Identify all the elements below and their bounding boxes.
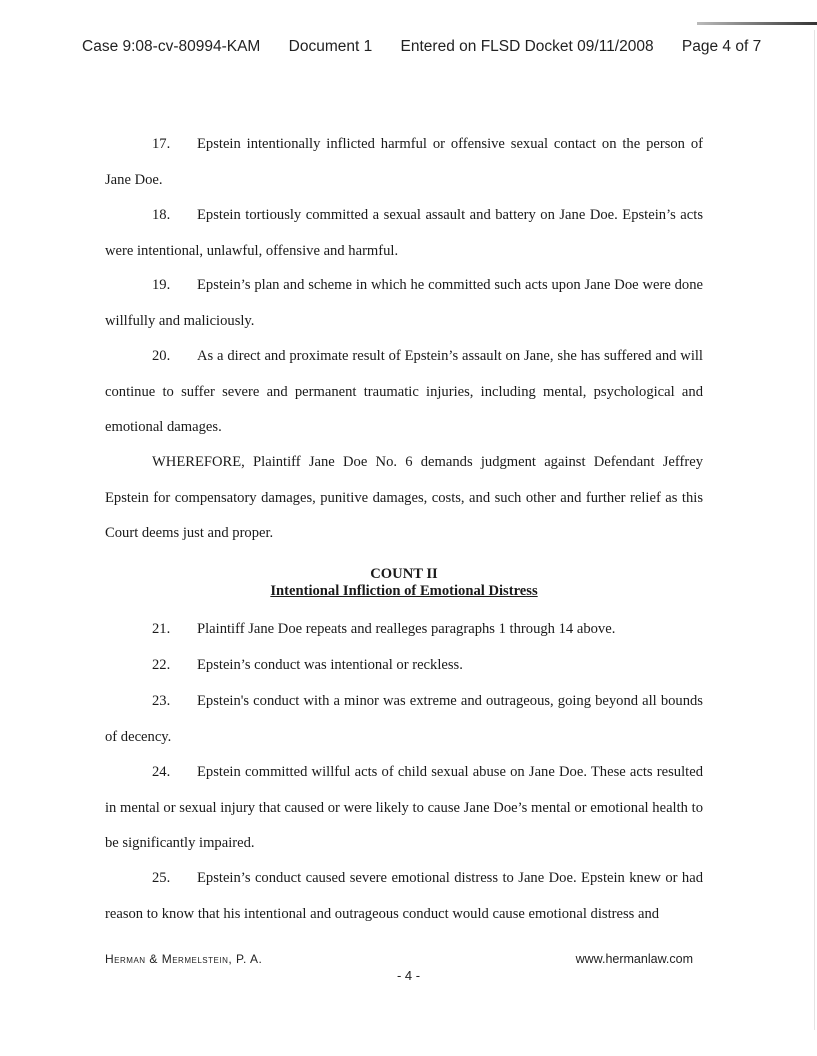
count-subtitle: Intentional Infliction of Emotional Dist… <box>105 583 703 600</box>
firm-name: Herman & Mermelstein, P. A. <box>105 952 262 966</box>
paragraph-23: 23.Epstein's conduct with a minor was ex… <box>105 684 703 755</box>
paragraph-19: 19.Epstein’s plan and scheme in which he… <box>105 268 703 339</box>
case-number: Case 9:08-cv-80994-KAM <box>82 38 260 55</box>
wherefore-clause: WHEREFORE, Plaintiff Jane Doe No. 6 dema… <box>105 445 703 552</box>
entered-date: Entered on FLSD Docket 09/11/2008 <box>401 38 654 55</box>
count-heading: COUNT II Intentional Infliction of Emoti… <box>105 566 703 600</box>
paragraph-21: 21.Plaintiff Jane Doe repeats and realle… <box>105 612 703 648</box>
page-number: - 4 - <box>0 968 817 983</box>
firm-website: www.hermanlaw.com <box>576 952 693 966</box>
paragraph-18: 18.Epstein tortiously committed a sexual… <box>105 198 703 269</box>
paragraph-22: 22.Epstein’s conduct was intentional or … <box>105 648 703 684</box>
page-indicator: Page 4 of 7 <box>682 38 761 55</box>
paragraph-25: 25.Epstein’s conduct caused severe emoti… <box>105 861 703 932</box>
count-title: COUNT II <box>105 566 703 583</box>
scan-artifact-line <box>697 22 817 25</box>
paragraph-24: 24.Epstein committed willful acts of chi… <box>105 755 703 862</box>
paragraph-17: 17.Epstein intentionally inflicted harmf… <box>105 127 703 198</box>
docket-header: Case 9:08-cv-80994-KAM Document 1 Entere… <box>82 38 785 56</box>
page-edge <box>814 30 815 1030</box>
paragraph-20: 20.As a direct and proximate result of E… <box>105 339 703 446</box>
document-number: Document 1 <box>289 38 373 55</box>
